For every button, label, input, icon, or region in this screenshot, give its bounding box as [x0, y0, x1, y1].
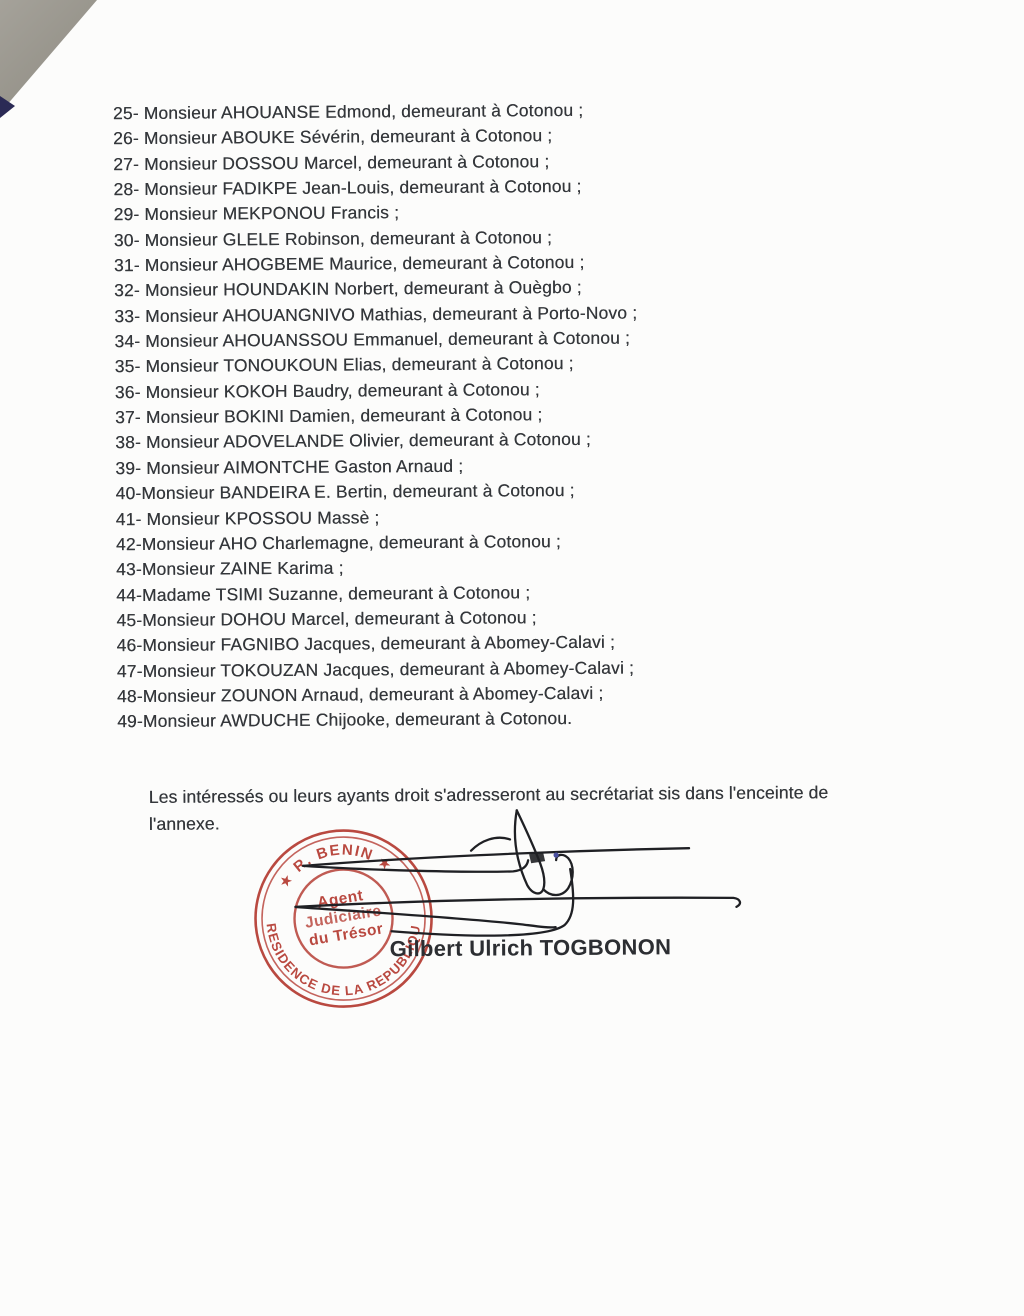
document-content: 25- Monsieur AHOUANSE Edmond, demeurant … — [0, 0, 1024, 1316]
list-item: 49-Monsieur AWDUCHE Chijooke, demeurant … — [117, 704, 957, 735]
signature-strokes — [291, 778, 762, 951]
signature-stroke — [303, 848, 689, 866]
scanned-document-page: 25- Monsieur AHOUANSE Edmond, demeurant … — [0, 0, 1024, 1316]
pen-dot — [553, 852, 558, 857]
signature-stroke — [295, 905, 555, 929]
signature-stroke — [471, 838, 510, 851]
name-list: 25- Monsieur AHOUANSE Edmond, demeurant … — [113, 95, 957, 734]
signatory-name: Gilbert Ulrich TOGBONON — [390, 934, 672, 962]
signature-stroke — [295, 897, 740, 910]
signature-stroke — [517, 810, 545, 889]
signature-stroke — [543, 855, 573, 895]
